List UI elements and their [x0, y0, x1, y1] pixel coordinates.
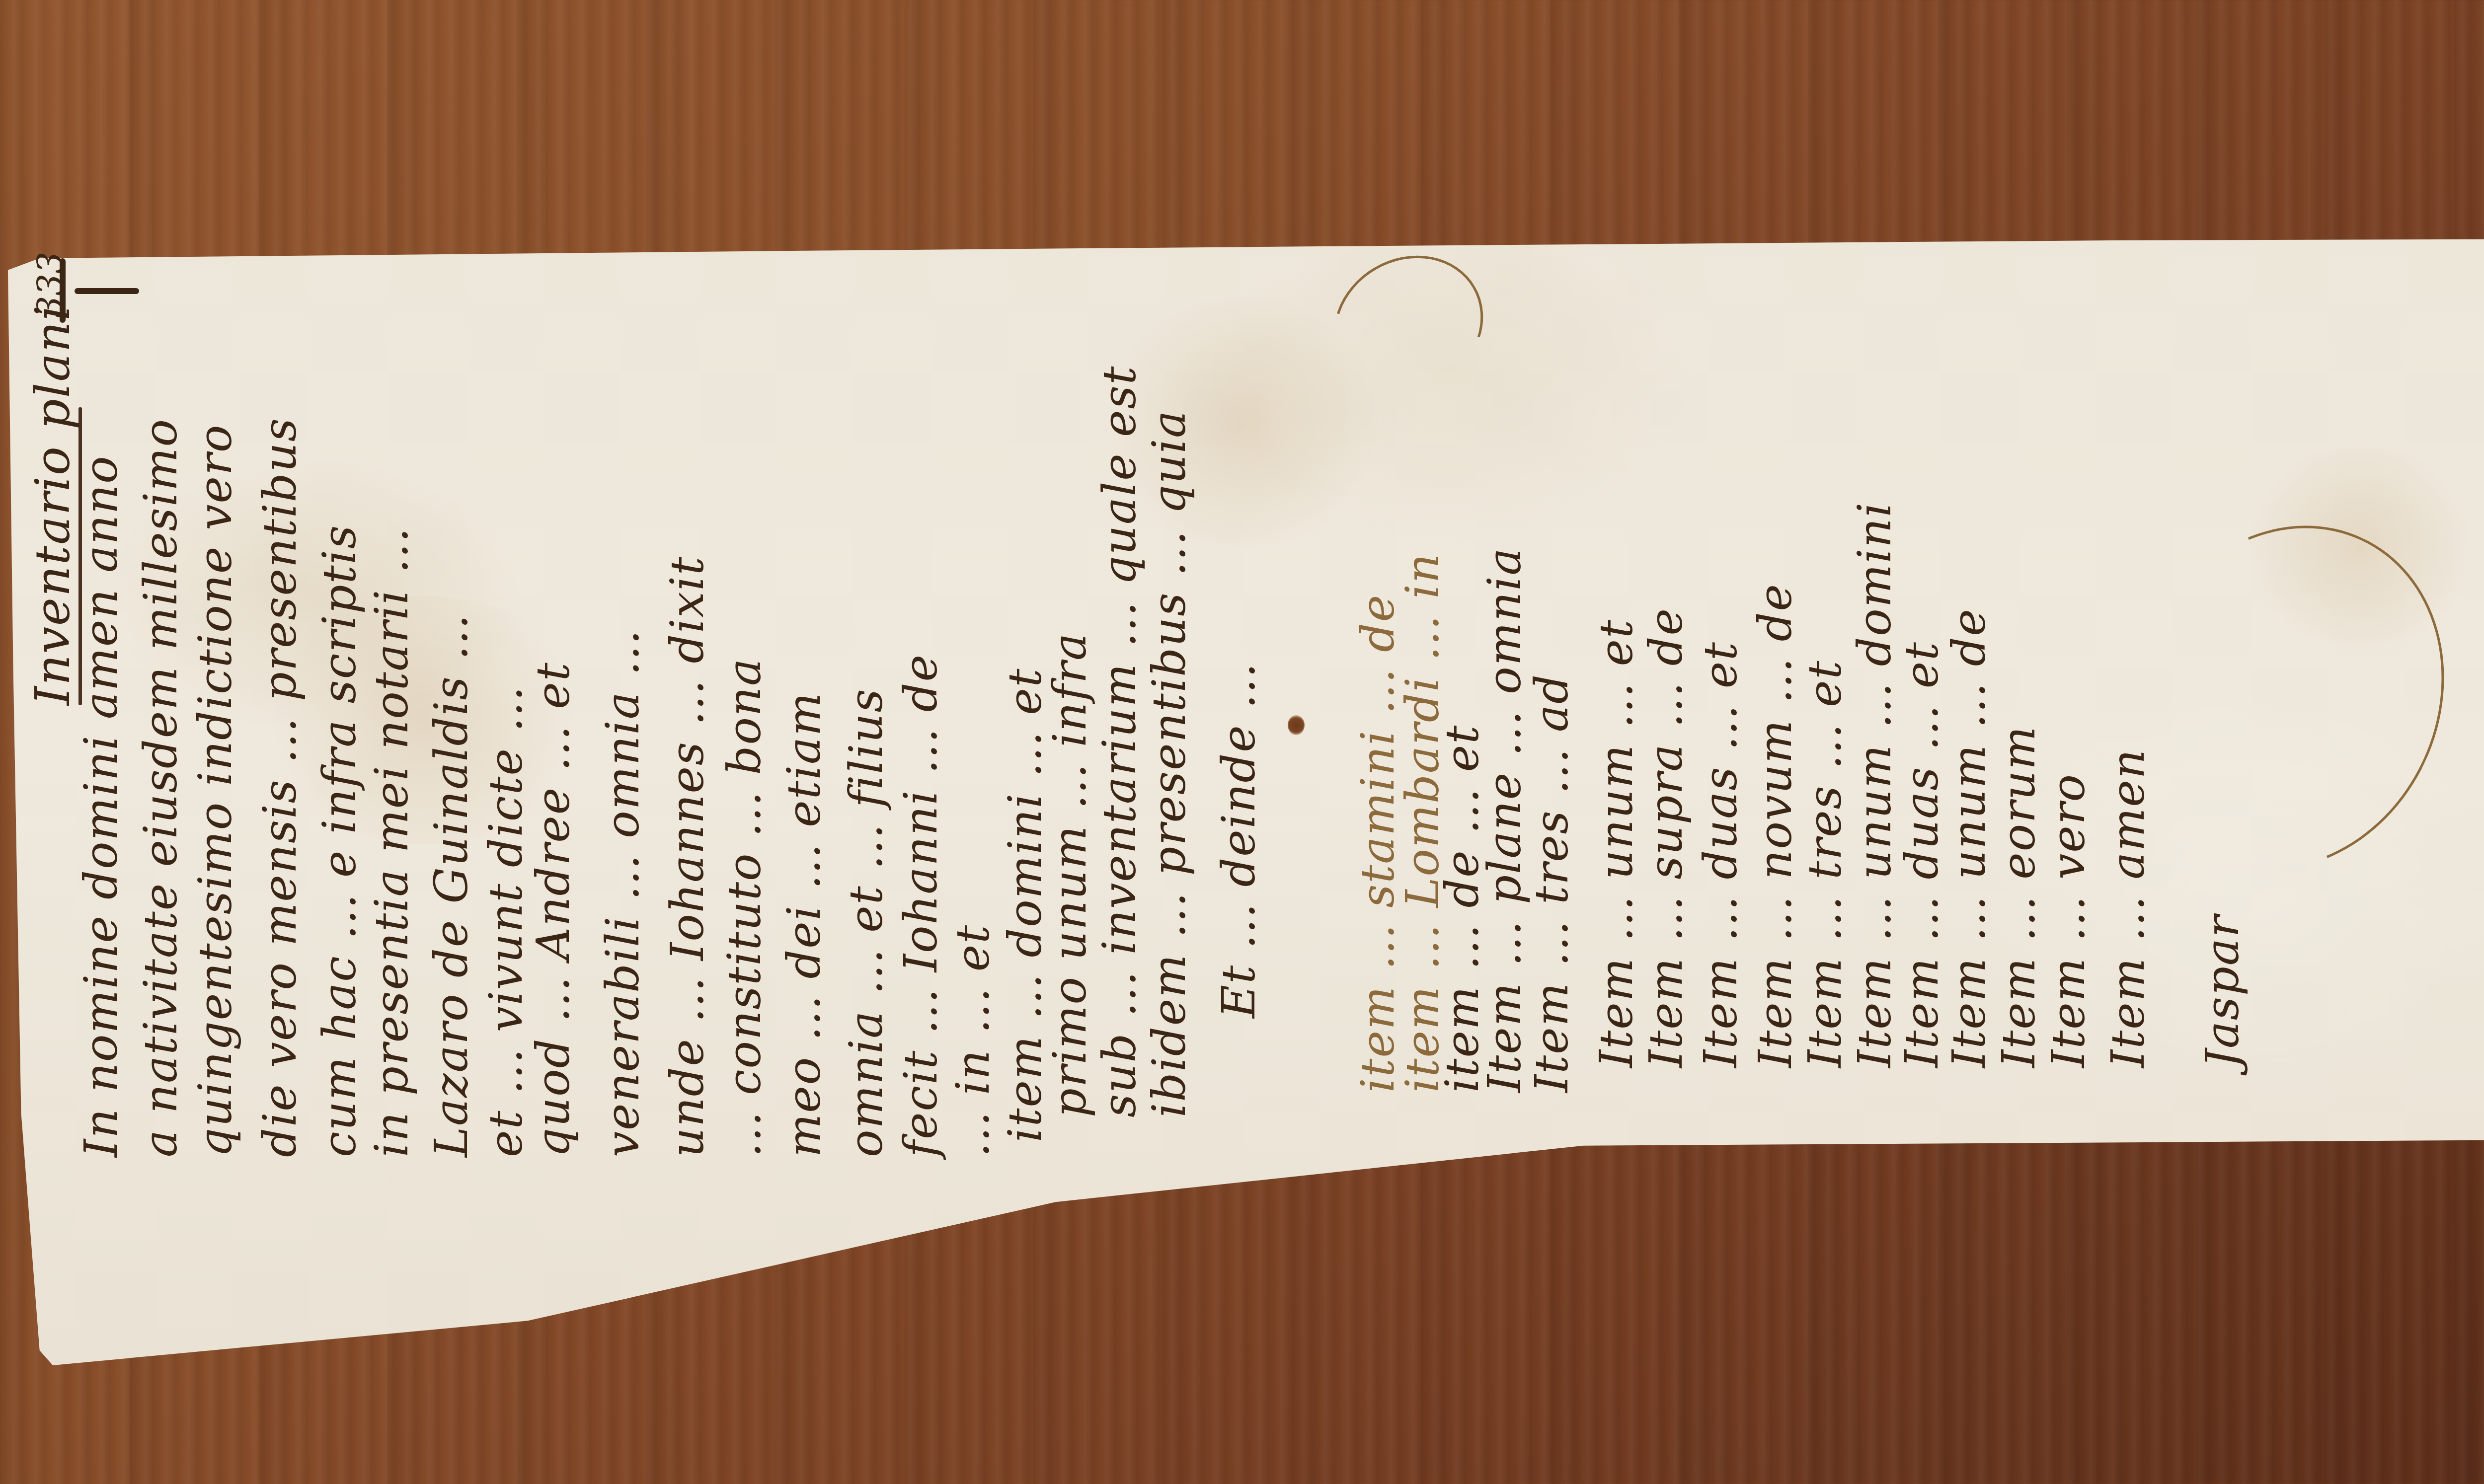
manuscript-line: Item ... amen — [2101, 748, 2155, 1068]
manuscript-line: quingentesimo indictione vero — [189, 424, 242, 1157]
manuscript-line: ... in ... et — [946, 924, 1000, 1157]
manuscript-line: Item ... duas ... et — [1694, 641, 1747, 1068]
manuscript-line: Item ... duas ... et — [1895, 641, 1948, 1068]
manuscript-line: et ... vivunt dicte ... — [479, 685, 533, 1157]
manuscript-line: fecit ... Iohanni ... de — [894, 654, 947, 1157]
manuscript-line: sub ... inventarium ... quale est — [1093, 365, 1146, 1117]
manuscript-line: Item ... tres ... ad — [1525, 673, 1578, 1093]
manuscript-line: ibidem ... presentibus ... quia — [1143, 410, 1196, 1117]
manuscript-line: venerabili ... omnia ... — [596, 629, 649, 1157]
pin-hole — [1288, 715, 1305, 735]
manuscript-line: omnia ... et ... filius — [840, 688, 893, 1157]
manuscript-line: Item ... tres ... et — [1798, 660, 1852, 1068]
manuscript-line: in presentia mei notarii ... — [365, 527, 418, 1157]
manuscript-line: Item ... unum ... domini — [1848, 502, 1901, 1068]
manuscript-line: Item ... novum ... de — [1749, 583, 1802, 1068]
manuscript-line: Lazaro de Guinaldis ... — [425, 613, 478, 1157]
manuscript-line: Item ... eorum — [1992, 725, 2045, 1068]
manuscript-line: quod ... Andree ... et — [527, 662, 580, 1157]
manuscript-line: meo ... dei ... etiam — [777, 692, 831, 1157]
manuscript-line: die vero mensis ... presentibus — [253, 417, 307, 1157]
manuscript-line: unde ... Iohannes ... dixit — [661, 556, 714, 1157]
manuscript-line: Item ... supra ... de — [1639, 607, 1693, 1068]
manuscript-line: Item ... unum ... et — [1590, 619, 1643, 1068]
manuscript-line: Item ... vero — [2042, 773, 2095, 1068]
manuscript-line: Jaspar — [2196, 914, 2249, 1068]
manuscript-line: cum hac ... e infra scriptis — [313, 524, 366, 1157]
manuscript-heading: Inventario plani — [25, 304, 80, 705]
manuscript-line: a nativitate eiusdem millesimo — [134, 418, 187, 1157]
manuscript-line: ... constituto ... bona — [718, 658, 771, 1157]
manuscript-line: Item ... unum ... de — [1942, 608, 1996, 1068]
manuscript-line: Et ... deinde ... — [1212, 662, 1265, 1018]
manuscript-line: item ... domini ... et — [999, 668, 1052, 1142]
manuscript-line: Item ... plane ... omnia — [1478, 547, 1531, 1093]
manuscript-line: In nomine domini amen anno — [75, 455, 128, 1157]
